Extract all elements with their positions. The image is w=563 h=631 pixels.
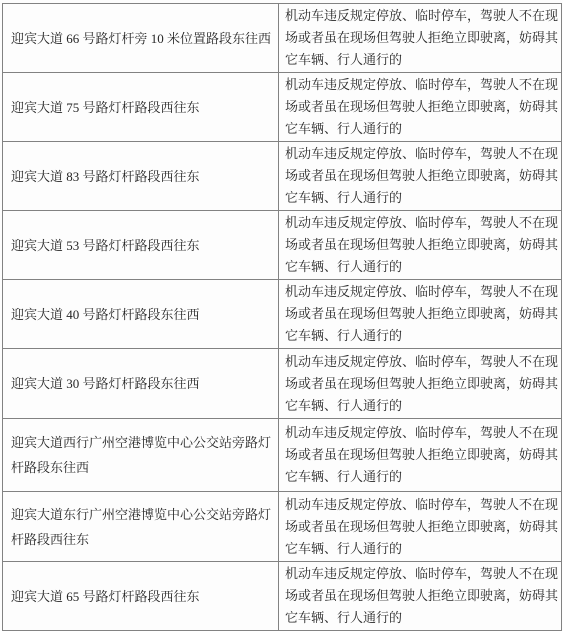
violation-cell: 机动车违反规定停放、临时停车，驾驶人不在现场或者虽在现场但驾驶人拒绝立即驶离，妨… xyxy=(279,349,562,419)
table-row: 迎宾大道西行广州空港博览中心公交站旁路灯杆路段东往西 机动车违反规定停放、临时停… xyxy=(3,419,562,492)
table-row: 迎宾大道 40 号路灯杆路段东往西 机动车违反规定停放、临时停车，驾驶人不在现场… xyxy=(3,280,562,349)
location-cell: 迎宾大道 65 号路灯杆路段西往东 xyxy=(3,562,279,613)
table-row: 迎宾大道 53 号路灯杆路段西往东 机动车违反规定停放、临时停车，驾驶人不在现场… xyxy=(3,211,562,280)
location-cell: 迎宾大道西行广州空港博览中心公交站旁路灯杆路段东往西 xyxy=(3,419,279,492)
table-row: 迎宾大道 75 号路灯杆路段西往东 机动车违反规定停放、临时停车，驾驶人不在现场… xyxy=(3,73,562,142)
violation-cell: 机动车违反规定停放、临时停车，驾驶人不在现场或者虽在现场但驾驶人拒绝立即驶离，妨… xyxy=(279,562,562,613)
location-cell: 迎宾大道 66 号路灯杆旁 10 米位置路段东往西 xyxy=(3,4,279,73)
location-cell: 迎宾大道 83 号路灯杆路段西往东 xyxy=(3,142,279,211)
violation-cell: 机动车违反规定停放、临时停车，驾驶人不在现场或者虽在现场但驾驶人拒绝立即驶离，妨… xyxy=(279,280,562,349)
table-row: 迎宾大道 65 号路灯杆路段西往东 机动车违反规定停放、临时停车，驾驶人不在现场… xyxy=(3,562,562,613)
table-row: 迎宾大道 83 号路灯杆路段西往东 机动车违反规定停放、临时停车，驾驶人不在现场… xyxy=(3,142,562,211)
violation-location-table: 迎宾大道 66 号路灯杆旁 10 米位置路段东往西 机动车违反规定停放、临时停车… xyxy=(2,3,562,612)
location-cell: 迎宾大道 75 号路灯杆路段西往东 xyxy=(3,73,279,142)
location-cell: 迎宾大道 53 号路灯杆路段西往东 xyxy=(3,211,279,280)
violation-cell: 机动车违反规定停放、临时停车，驾驶人不在现场或者虽在现场但驾驶人拒绝立即驶离，妨… xyxy=(279,419,562,492)
violation-cell: 机动车违反规定停放、临时停车，驾驶人不在现场或者虽在现场但驾驶人拒绝立即驶离，妨… xyxy=(279,492,562,562)
table-row: 迎宾大道 66 号路灯杆旁 10 米位置路段东往西 机动车违反规定停放、临时停车… xyxy=(3,4,562,73)
violation-cell: 机动车违反规定停放、临时停车，驾驶人不在现场或者虽在现场但驾驶人拒绝立即驶离，妨… xyxy=(279,142,562,211)
location-cell: 迎宾大道东行广州空港博览中心公交站旁路灯杆路段西往东 xyxy=(3,492,279,562)
table-row: 迎宾大道 30 号路灯杆路段东往西 机动车违反规定停放、临时停车，驾驶人不在现场… xyxy=(3,349,562,419)
violation-cell: 机动车违反规定停放、临时停车，驾驶人不在现场或者虽在现场但驾驶人拒绝立即驶离，妨… xyxy=(279,4,562,73)
location-cell: 迎宾大道 30 号路灯杆路段东往西 xyxy=(3,349,279,419)
location-cell: 迎宾大道 40 号路灯杆路段东往西 xyxy=(3,280,279,349)
table-row: 迎宾大道东行广州空港博览中心公交站旁路灯杆路段西往东 机动车违反规定停放、临时停… xyxy=(3,492,562,562)
violation-cell: 机动车违反规定停放、临时停车，驾驶人不在现场或者虽在现场但驾驶人拒绝立即驶离，妨… xyxy=(279,73,562,142)
violation-cell: 机动车违反规定停放、临时停车，驾驶人不在现场或者虽在现场但驾驶人拒绝立即驶离，妨… xyxy=(279,211,562,280)
document-table-region: 迎宾大道 66 号路灯杆旁 10 米位置路段东往西 机动车违反规定停放、临时停车… xyxy=(2,3,561,612)
